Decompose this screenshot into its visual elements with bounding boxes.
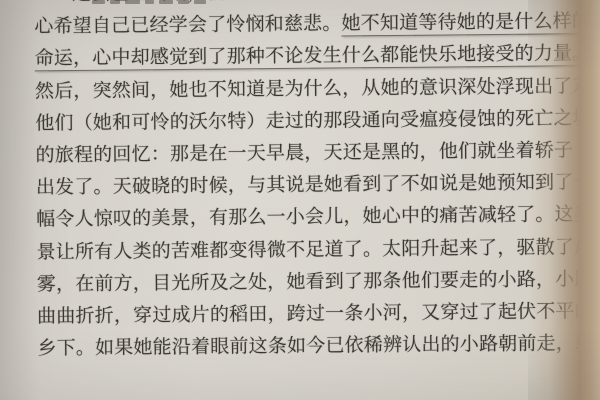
text-line: 命运，心中却感觉到了那种不论发生什么都能快乐地接受的力量。 xyxy=(35,39,540,76)
text-line: 心希望自己已经学会了怜悯和慈悲。她不知道等待她的是什么样的 xyxy=(34,7,539,44)
text-segment: 出发了。天破晓的时候，与其说是她看到了不如说是她预知到了一 xyxy=(36,172,593,198)
text-segment: 心希望自己已经学会了怜悯和慈悲。 xyxy=(34,14,341,38)
text-segment: 曲曲折折，穿过成片的稻田，跨过一条小河，又穿过了起伏不平的 xyxy=(37,301,594,327)
text-line: 景让所有人类的苦难都变得微不足道了。太阳升起来了，驱散了晨 xyxy=(36,232,541,269)
text-segment: 然后，突然间，她也不知道是为什么，从她的意识深处浮现出了对 xyxy=(35,76,592,102)
underlined-text: 命运，心中却感觉到了那种不论发生什么都能快乐地接受的力量。 xyxy=(35,43,592,71)
text-line: 出发了。天破晓的时候，与其说是她看到了不如说是她预知到了一 xyxy=(36,168,541,205)
text-line: 的旅程的回忆：那是在一天早晨，天还是黑的，他们就坐着轿子 xyxy=(35,135,540,172)
text-line: 曲曲折折，穿过成片的稻田，跨过一条小河，又穿过了起伏不平的 xyxy=(37,296,542,333)
text-line: 他们（她和可怜的沃尔特）走过的那段通向受瘟疫侵蚀的死亡之城 xyxy=(35,103,540,140)
text-segment: 乡下。如果她能沿着眼前这条如今已依稀辨认出的小路朝前走，或 xyxy=(37,333,594,359)
text-block: 过去已经终结，就让死去的人死去吧。这是否太过无情？她真心希望自己已经学会了怜悯和… xyxy=(34,0,543,366)
photo-vignette xyxy=(0,0,38,400)
text-line: 乡下。如果她能沿着眼前这条如今已依稀辨认出的小路朝前走，或 xyxy=(37,329,542,366)
text-line: 幅令人惊叹的美景，有那么一小会儿，她心中的痛苦减轻了。这美 xyxy=(36,200,541,237)
text-segment: 幅令人惊叹的美景，有那么一小会儿，她心中的痛苦减轻了。这美 xyxy=(36,204,593,230)
text-line: 然后，突然间，她也不知道是为什么，从她的意识深处浮现出了对 xyxy=(35,71,540,108)
text-segment: 的旅程的回忆：那是在一天早晨，天还是黑的，他们就坐着轿子 xyxy=(35,140,573,166)
text-segment: 他们（她和可怜的沃尔特）走过的那段通向受瘟疫侵蚀的死亡之城 xyxy=(35,108,592,134)
text-line: 雾，在前方，目光所及之处，她看到了那条他们要走的小路，小路 xyxy=(37,264,542,301)
text-segment: 过去已经终结，就让死去的人死去吧。这是否太过无情？她真 xyxy=(72,0,591,5)
book-page-photo: 过去已经终结，就让死去的人死去吧。这是否太过无情？她真心希望自己已经学会了怜悯和… xyxy=(0,0,600,400)
book-page-edge xyxy=(528,0,600,400)
text-segment: 景让所有人类的苦难都变得微不足道了。太阳升起来了，驱散了晨 xyxy=(36,237,593,263)
text-segment: 雾，在前方，目光所及之处，她看到了那条他们要走的小路，小路 xyxy=(37,269,594,295)
